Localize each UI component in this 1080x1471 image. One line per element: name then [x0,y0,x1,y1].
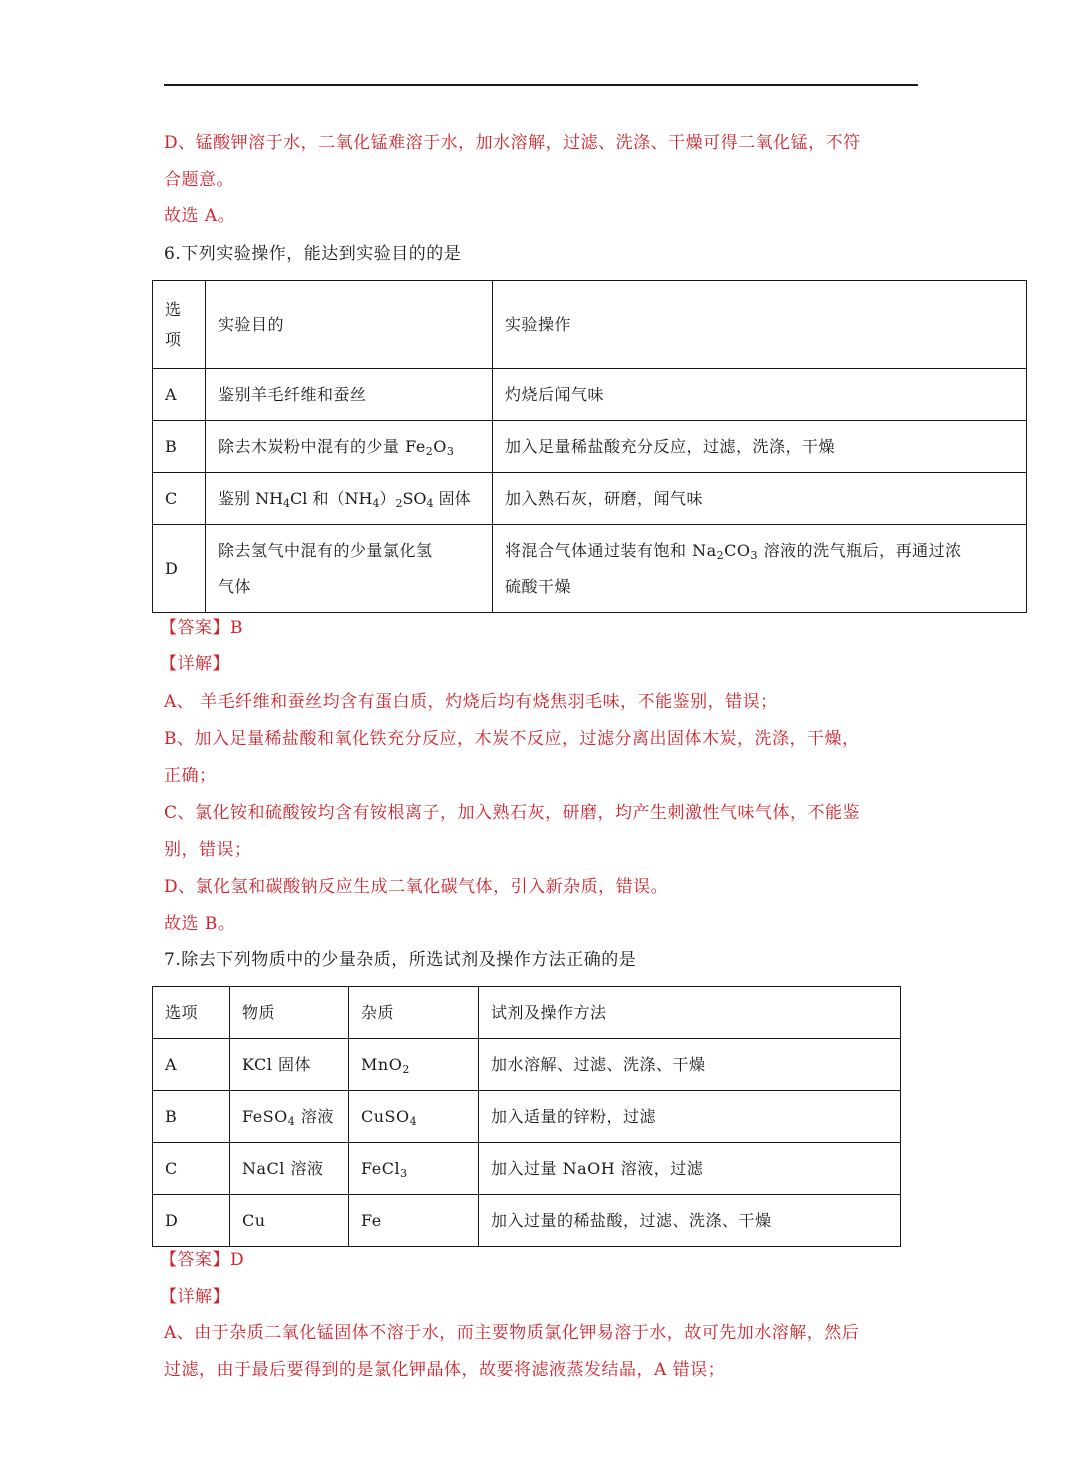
row-option: A [153,369,206,421]
row-purpose: 除去木炭粉中混有的少量 Fe2O3 [206,421,493,473]
row-purpose: 鉴别羊毛纤维和蚕丝 [206,369,493,421]
table-header-row: 选项 物质 杂质 试剂及操作方法 [153,987,901,1039]
prev-explanation-d-line1: D、锰酸钾溶于水，二氧化锰难溶于水，加水溶解，过滤、洗涤、干燥可得二氧化锰，不符 [164,131,861,155]
text: 将混合气体通过装有饱和 Na [505,541,717,560]
subscript: 3 [400,1167,408,1180]
text: CuSO [361,1107,410,1126]
row-impurity: MnO2 [349,1039,479,1091]
subscript: 4 [427,497,434,510]
row-option: B [153,1091,230,1143]
text: 溶液 [295,1107,334,1126]
text: CO [724,541,750,560]
header-option-line1: 选 [165,300,182,319]
row-option: D [153,525,206,613]
table-row: D Cu Fe 加入过量的稀盐酸，过滤、洗涤、干燥 [153,1195,901,1247]
row-purpose: 除去氢气中混有的少量氯化氢气体 [206,525,493,613]
text: MnO [361,1055,402,1074]
prev-conclusion: 故选 A。 [164,204,235,228]
q7-answer: 【答案】D [160,1248,244,1272]
table-row: C 鉴别 NH4Cl 和（NH4）2SO4 固体 加入熟石灰，研磨，闻气味 [153,473,1027,525]
q7-explanation-a-line2: 过滤，由于最后要得到的是氯化钾晶体，故要将滤液蒸发结晶，A 错误； [164,1358,725,1382]
row-method: 加入过量的稀盐酸，过滤、洗涤、干燥 [479,1195,901,1247]
row-substance: KCl 固体 [230,1039,349,1091]
text: 除去木炭粉中混有的少量 Fe [218,437,426,456]
subscript: 2 [402,1063,410,1076]
row-substance: FeSO4 溶液 [230,1091,349,1143]
row-option: B [153,421,206,473]
row-option: C [153,473,206,525]
q6-table: 选项 实验目的 实验操作 A 鉴别羊毛纤维和蚕丝 灼烧后闻气味 B 除去木炭粉中… [152,280,1027,613]
text: 硫酸干燥 [505,577,571,596]
q6-explanation-d: D、氯化氢和碳酸钠反应生成二氧化碳气体，引入新杂质，错误。 [164,875,668,899]
row-substance: Cu [230,1195,349,1247]
row-substance: NaCl 溶液 [230,1143,349,1195]
subscript: 4 [283,497,290,510]
table-row: B 除去木炭粉中混有的少量 Fe2O3 加入足量稀盐酸充分反应，过滤，洗涤，干燥 [153,421,1027,473]
text: 鉴别 NH [218,489,283,508]
header-purpose: 实验目的 [206,281,493,369]
row-option: C [153,1143,230,1195]
table-row: C NaCl 溶液 FeCl3 加入过量 NaOH 溶液，过滤 [153,1143,901,1195]
text: 溶液的洗气瓶后，再通过浓 [758,541,962,560]
text: FeCl [361,1159,400,1178]
table-row: D 除去氢气中混有的少量氯化氢气体 将混合气体通过装有饱和 Na2CO3 溶液的… [153,525,1027,613]
row-impurity: Fe [349,1195,479,1247]
row-method: 加水溶解、过滤、洗涤、干燥 [479,1039,901,1091]
text: 气体 [218,577,251,596]
subscript: 3 [447,445,455,458]
header-impurity: 杂质 [349,987,479,1039]
text: ） [379,489,395,508]
header-method: 试剂及操作方法 [479,987,901,1039]
q7-stem: 7.除去下列物质中的少量杂质，所选试剂及操作方法正确的是 [164,948,636,972]
row-operation: 灼烧后闻气味 [493,369,1027,421]
row-impurity: FeCl3 [349,1143,479,1195]
table-row: B FeSO4 溶液 CuSO4 加入适量的锌粉，过滤 [153,1091,901,1143]
row-method: 加入适量的锌粉，过滤 [479,1091,901,1143]
row-impurity: CuSO4 [349,1091,479,1143]
text: FeSO [242,1107,288,1126]
q6-explanation-a: A、 羊毛纤维和蚕丝均含有蛋白质，灼烧后均有烧焦羽毛味，不能鉴别，错误； [164,690,778,714]
header-option: 选项 [153,987,230,1039]
q7-detail-label: 【详解】 [160,1285,230,1309]
prev-explanation-d-line2: 合题意。 [164,168,234,192]
q6-explanation-c-line2: 别，错误； [164,838,252,862]
q6-conclusion: 故选 B。 [164,912,235,936]
text: 固体 [434,489,471,508]
row-purpose: 鉴别 NH4Cl 和（NH4）2SO4 固体 [206,473,493,525]
row-option: D [153,1195,230,1247]
q7-table: 选项 物质 杂质 试剂及操作方法 A KCl 固体 MnO2 加水溶解、过滤、洗… [152,986,901,1247]
text: SO [402,489,426,508]
subscript: 3 [751,549,759,562]
text: O [433,437,447,456]
row-method: 加入过量 NaOH 溶液，过滤 [479,1143,901,1195]
table-row: A KCl 固体 MnO2 加水溶解、过滤、洗涤、干燥 [153,1039,901,1091]
header-option: 选项 [153,281,206,369]
table-header-row: 选项 实验目的 实验操作 [153,281,1027,369]
q6-detail-label: 【详解】 [160,652,230,676]
q6-answer: 【答案】B [160,616,243,640]
subscript: 4 [410,1115,418,1128]
q6-explanation-b-line2: 正确； [164,764,217,788]
text: Cl 和（NH [290,489,372,508]
q6-stem: 6.下列实验操作，能达到实验目的的是 [164,242,461,266]
header-operation: 实验操作 [493,281,1027,369]
text: Fe [361,1211,382,1230]
header-option-line2: 项 [165,330,182,349]
row-operation: 将混合气体通过装有饱和 Na2CO3 溶液的洗气瓶后，再通过浓硫酸干燥 [493,525,1027,613]
row-option: A [153,1039,230,1091]
table-row: A 鉴别羊毛纤维和蚕丝 灼烧后闻气味 [153,369,1027,421]
q7-explanation-a-line1: A、由于杂质二氧化锰固体不溶于水，而主要物质氯化钾易溶于水，故可先加水溶解，然后 [164,1321,859,1345]
row-operation: 加入足量稀盐酸充分反应，过滤，洗涤，干燥 [493,421,1027,473]
row-operation: 加入熟石灰，研磨，闻气味 [493,473,1027,525]
header-rule [164,84,918,86]
text: 除去氢气中混有的少量氯化氢 [218,541,433,560]
q6-explanation-c-line1: C、氯化铵和硫酸铵均含有铵根离子，加入熟石灰，研磨，均产生刺激性气味气体，不能鉴 [164,801,860,825]
q6-explanation-b-line1: B、加入足量稀盐酸和氧化铁充分反应，木炭不反应，过滤分离出固体木炭，洗涤，干燥， [164,727,860,751]
header-substance: 物质 [230,987,349,1039]
